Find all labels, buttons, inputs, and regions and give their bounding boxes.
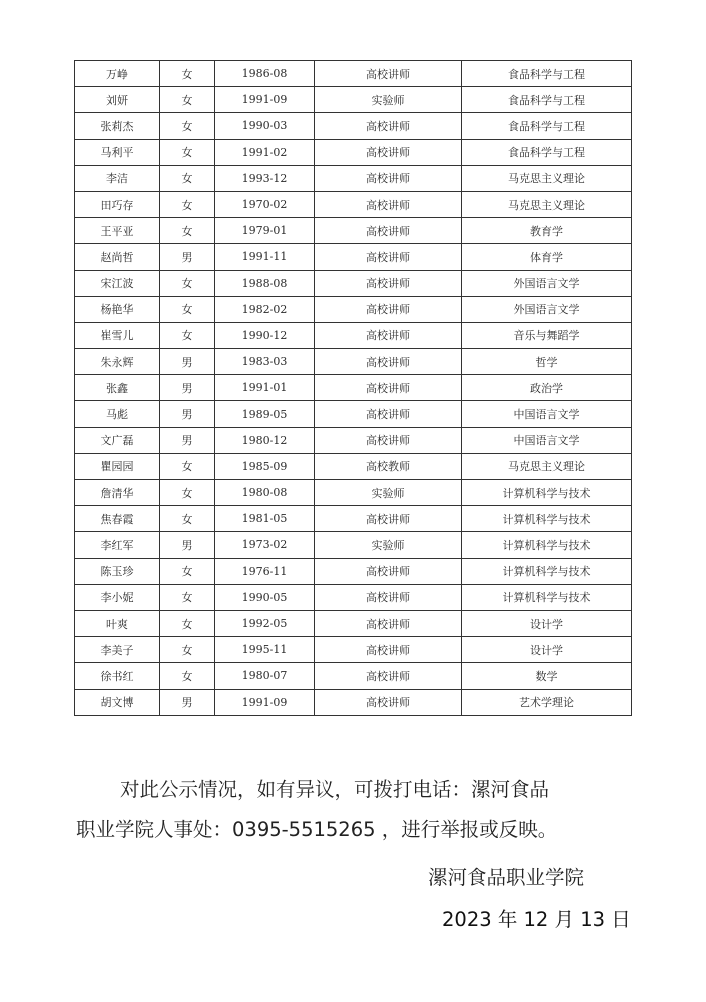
cell-gender: 男 bbox=[160, 375, 215, 401]
cell-major: 马克思主义理论 bbox=[462, 165, 632, 191]
cell-name: 刘妍 bbox=[75, 87, 160, 113]
cell-gender: 女 bbox=[160, 584, 215, 610]
table-row: 崔雪儿 女 1990-12 高校讲师 音乐与舞蹈学 bbox=[75, 322, 632, 348]
cell-gender: 女 bbox=[160, 218, 215, 244]
cell-name: 陈玉珍 bbox=[75, 558, 160, 584]
cell-gender: 女 bbox=[160, 113, 215, 139]
document-page: 万峥 女 1986-08 高校讲师 食品科学与工程 刘妍 女 1991-09 实… bbox=[0, 0, 706, 1002]
cell-name: 叶爽 bbox=[75, 610, 160, 636]
table-row: 胡文博 男 1991-09 高校讲师 艺术学理论 bbox=[75, 689, 632, 715]
cell-major: 政治学 bbox=[462, 375, 632, 401]
table-row: 叶爽 女 1992-05 高校讲师 设计学 bbox=[75, 610, 632, 636]
cell-birth: 1991-02 bbox=[215, 139, 315, 165]
cell-title: 高校讲师 bbox=[315, 637, 462, 663]
table-row: 田巧存 女 1970-02 高校讲师 马克思主义理论 bbox=[75, 191, 632, 217]
cell-major: 食品科学与工程 bbox=[462, 87, 632, 113]
cell-name: 田巧存 bbox=[75, 191, 160, 217]
cell-gender: 女 bbox=[160, 296, 215, 322]
table-row: 李洁 女 1993-12 高校讲师 马克思主义理论 bbox=[75, 165, 632, 191]
cell-major: 中国语言文学 bbox=[462, 401, 632, 427]
table-row: 陈玉珍 女 1976-11 高校讲师 计算机科学与技术 bbox=[75, 558, 632, 584]
cell-major: 外国语言文学 bbox=[462, 270, 632, 296]
cell-name: 赵尚哲 bbox=[75, 244, 160, 270]
notice-line-1: 对此公示情况，如有异议，可拨打电话：漯河食品 bbox=[76, 770, 636, 810]
cell-title: 高校讲师 bbox=[315, 689, 462, 715]
cell-name: 文广磊 bbox=[75, 427, 160, 453]
cell-major: 马克思主义理论 bbox=[462, 453, 632, 479]
cell-name: 张鑫 bbox=[75, 375, 160, 401]
signature-organization: 漯河食品职业学院 bbox=[428, 862, 584, 890]
cell-birth: 1980-12 bbox=[215, 427, 315, 453]
cell-birth: 1990-03 bbox=[215, 113, 315, 139]
cell-birth: 1991-09 bbox=[215, 87, 315, 113]
cell-title: 高校讲师 bbox=[315, 113, 462, 139]
cell-title: 高校讲师 bbox=[315, 558, 462, 584]
cell-title: 高校讲师 bbox=[315, 165, 462, 191]
cell-birth: 1993-12 bbox=[215, 165, 315, 191]
personnel-table-body: 万峥 女 1986-08 高校讲师 食品科学与工程 刘妍 女 1991-09 实… bbox=[75, 61, 632, 716]
cell-birth: 1983-03 bbox=[215, 349, 315, 375]
cell-major: 食品科学与工程 bbox=[462, 139, 632, 165]
notice-text-1: 对此公示情况，如有异议，可拨打电话：漯河食品 bbox=[120, 778, 549, 801]
cell-title: 实验师 bbox=[315, 532, 462, 558]
cell-name: 李洁 bbox=[75, 165, 160, 191]
cell-gender: 女 bbox=[160, 165, 215, 191]
cell-birth: 1992-05 bbox=[215, 610, 315, 636]
cell-major: 设计学 bbox=[462, 637, 632, 663]
cell-title: 高校教师 bbox=[315, 453, 462, 479]
cell-major: 中国语言文学 bbox=[462, 427, 632, 453]
cell-name: 张莉杰 bbox=[75, 113, 160, 139]
table-row: 徐书红 女 1980-07 高校讲师 数学 bbox=[75, 663, 632, 689]
cell-title: 实验师 bbox=[315, 87, 462, 113]
cell-major: 食品科学与工程 bbox=[462, 61, 632, 87]
table-row: 李小妮 女 1990-05 高校讲师 计算机科学与技术 bbox=[75, 584, 632, 610]
cell-title: 高校讲师 bbox=[315, 506, 462, 532]
cell-title: 高校讲师 bbox=[315, 349, 462, 375]
cell-gender: 男 bbox=[160, 689, 215, 715]
table-row: 李美子 女 1995-11 高校讲师 设计学 bbox=[75, 637, 632, 663]
table-row: 杨艳华 女 1982-02 高校讲师 外国语言文学 bbox=[75, 296, 632, 322]
table-row: 赵尚哲 男 1991-11 高校讲师 体育学 bbox=[75, 244, 632, 270]
cell-major: 设计学 bbox=[462, 610, 632, 636]
cell-major: 食品科学与工程 bbox=[462, 113, 632, 139]
cell-birth: 1973-02 bbox=[215, 532, 315, 558]
cell-major: 计算机科学与技术 bbox=[462, 584, 632, 610]
cell-gender: 女 bbox=[160, 322, 215, 348]
cell-gender: 女 bbox=[160, 558, 215, 584]
notice-text-2: 职业学院人事处：0395-5515265 ，进行举报或反映。 bbox=[76, 818, 557, 841]
cell-title: 实验师 bbox=[315, 480, 462, 506]
cell-birth: 1976-11 bbox=[215, 558, 315, 584]
cell-major: 教育学 bbox=[462, 218, 632, 244]
table-row: 焦春霞 女 1981-05 高校讲师 计算机科学与技术 bbox=[75, 506, 632, 532]
cell-gender: 男 bbox=[160, 244, 215, 270]
signature-date: 2023 年 12 月 13 日 bbox=[442, 904, 631, 932]
cell-name: 李红军 bbox=[75, 532, 160, 558]
cell-birth: 1980-07 bbox=[215, 663, 315, 689]
cell-major: 外国语言文学 bbox=[462, 296, 632, 322]
table-row: 马彪 男 1989-05 高校讲师 中国语言文学 bbox=[75, 401, 632, 427]
cell-gender: 女 bbox=[160, 637, 215, 663]
cell-birth: 1990-12 bbox=[215, 322, 315, 348]
cell-birth: 1979-01 bbox=[215, 218, 315, 244]
cell-gender: 女 bbox=[160, 663, 215, 689]
cell-major: 体育学 bbox=[462, 244, 632, 270]
cell-name: 胡文博 bbox=[75, 689, 160, 715]
cell-title: 高校讲师 bbox=[315, 139, 462, 165]
cell-birth: 1982-02 bbox=[215, 296, 315, 322]
cell-birth: 1989-05 bbox=[215, 401, 315, 427]
cell-gender: 女 bbox=[160, 506, 215, 532]
cell-name: 李美子 bbox=[75, 637, 160, 663]
table-row: 文广磊 男 1980-12 高校讲师 中国语言文学 bbox=[75, 427, 632, 453]
cell-major: 计算机科学与技术 bbox=[462, 506, 632, 532]
cell-gender: 男 bbox=[160, 349, 215, 375]
notice-line-2: 职业学院人事处：0395-5515265 ，进行举报或反映。 bbox=[76, 810, 636, 850]
cell-title: 高校讲师 bbox=[315, 270, 462, 296]
cell-name: 马利平 bbox=[75, 139, 160, 165]
cell-title: 高校讲师 bbox=[315, 584, 462, 610]
cell-name: 崔雪儿 bbox=[75, 322, 160, 348]
cell-name: 宋江波 bbox=[75, 270, 160, 296]
cell-title: 高校讲师 bbox=[315, 375, 462, 401]
cell-birth: 1985-09 bbox=[215, 453, 315, 479]
cell-gender: 女 bbox=[160, 270, 215, 296]
cell-title: 高校讲师 bbox=[315, 427, 462, 453]
cell-gender: 女 bbox=[160, 453, 215, 479]
cell-birth: 1970-02 bbox=[215, 191, 315, 217]
cell-gender: 男 bbox=[160, 401, 215, 427]
table-row: 朱永辉 男 1983-03 高校讲师 哲学 bbox=[75, 349, 632, 375]
cell-major: 计算机科学与技术 bbox=[462, 558, 632, 584]
cell-name: 马彪 bbox=[75, 401, 160, 427]
cell-title: 高校讲师 bbox=[315, 191, 462, 217]
cell-name: 万峥 bbox=[75, 61, 160, 87]
cell-major: 数学 bbox=[462, 663, 632, 689]
cell-title: 高校讲师 bbox=[315, 61, 462, 87]
cell-major: 音乐与舞蹈学 bbox=[462, 322, 632, 348]
cell-name: 朱永辉 bbox=[75, 349, 160, 375]
cell-name: 徐书红 bbox=[75, 663, 160, 689]
cell-birth: 1991-11 bbox=[215, 244, 315, 270]
table-row: 李红军 男 1973-02 实验师 计算机科学与技术 bbox=[75, 532, 632, 558]
cell-gender: 男 bbox=[160, 427, 215, 453]
table-row: 刘妍 女 1991-09 实验师 食品科学与工程 bbox=[75, 87, 632, 113]
cell-major: 计算机科学与技术 bbox=[462, 480, 632, 506]
cell-title: 高校讲师 bbox=[315, 218, 462, 244]
cell-name: 李小妮 bbox=[75, 584, 160, 610]
cell-gender: 女 bbox=[160, 480, 215, 506]
cell-birth: 1990-05 bbox=[215, 584, 315, 610]
table-row: 瞿园园 女 1985-09 高校教师 马克思主义理论 bbox=[75, 453, 632, 479]
cell-birth: 1991-09 bbox=[215, 689, 315, 715]
cell-gender: 女 bbox=[160, 191, 215, 217]
cell-name: 焦春霞 bbox=[75, 506, 160, 532]
table-row: 詹清华 女 1980-08 实验师 计算机科学与技术 bbox=[75, 480, 632, 506]
cell-birth: 1991-01 bbox=[215, 375, 315, 401]
cell-gender: 女 bbox=[160, 610, 215, 636]
cell-birth: 1995-11 bbox=[215, 637, 315, 663]
cell-title: 高校讲师 bbox=[315, 322, 462, 348]
cell-gender: 女 bbox=[160, 87, 215, 113]
cell-birth: 1988-08 bbox=[215, 270, 315, 296]
cell-gender: 女 bbox=[160, 139, 215, 165]
table-row: 张鑫 男 1991-01 高校讲师 政治学 bbox=[75, 375, 632, 401]
cell-name: 王平亚 bbox=[75, 218, 160, 244]
cell-title: 高校讲师 bbox=[315, 401, 462, 427]
personnel-table: 万峥 女 1986-08 高校讲师 食品科学与工程 刘妍 女 1991-09 实… bbox=[74, 60, 632, 716]
cell-title: 高校讲师 bbox=[315, 663, 462, 689]
objection-notice: 对此公示情况，如有异议，可拨打电话：漯河食品 职业学院人事处：0395-5515… bbox=[76, 770, 636, 850]
table-row: 万峥 女 1986-08 高校讲师 食品科学与工程 bbox=[75, 61, 632, 87]
table-row: 王平亚 女 1979-01 高校讲师 教育学 bbox=[75, 218, 632, 244]
cell-name: 杨艳华 bbox=[75, 296, 160, 322]
cell-title: 高校讲师 bbox=[315, 244, 462, 270]
cell-major: 计算机科学与技术 bbox=[462, 532, 632, 558]
table-row: 张莉杰 女 1990-03 高校讲师 食品科学与工程 bbox=[75, 113, 632, 139]
cell-birth: 1986-08 bbox=[215, 61, 315, 87]
cell-name: 詹清华 bbox=[75, 480, 160, 506]
cell-major: 艺术学理论 bbox=[462, 689, 632, 715]
cell-title: 高校讲师 bbox=[315, 610, 462, 636]
cell-birth: 1981-05 bbox=[215, 506, 315, 532]
table-row: 宋江波 女 1988-08 高校讲师 外国语言文学 bbox=[75, 270, 632, 296]
cell-title: 高校讲师 bbox=[315, 296, 462, 322]
table-row: 马利平 女 1991-02 高校讲师 食品科学与工程 bbox=[75, 139, 632, 165]
cell-birth: 1980-08 bbox=[215, 480, 315, 506]
cell-major: 哲学 bbox=[462, 349, 632, 375]
cell-major: 马克思主义理论 bbox=[462, 191, 632, 217]
cell-name: 瞿园园 bbox=[75, 453, 160, 479]
cell-gender: 女 bbox=[160, 61, 215, 87]
cell-gender: 男 bbox=[160, 532, 215, 558]
